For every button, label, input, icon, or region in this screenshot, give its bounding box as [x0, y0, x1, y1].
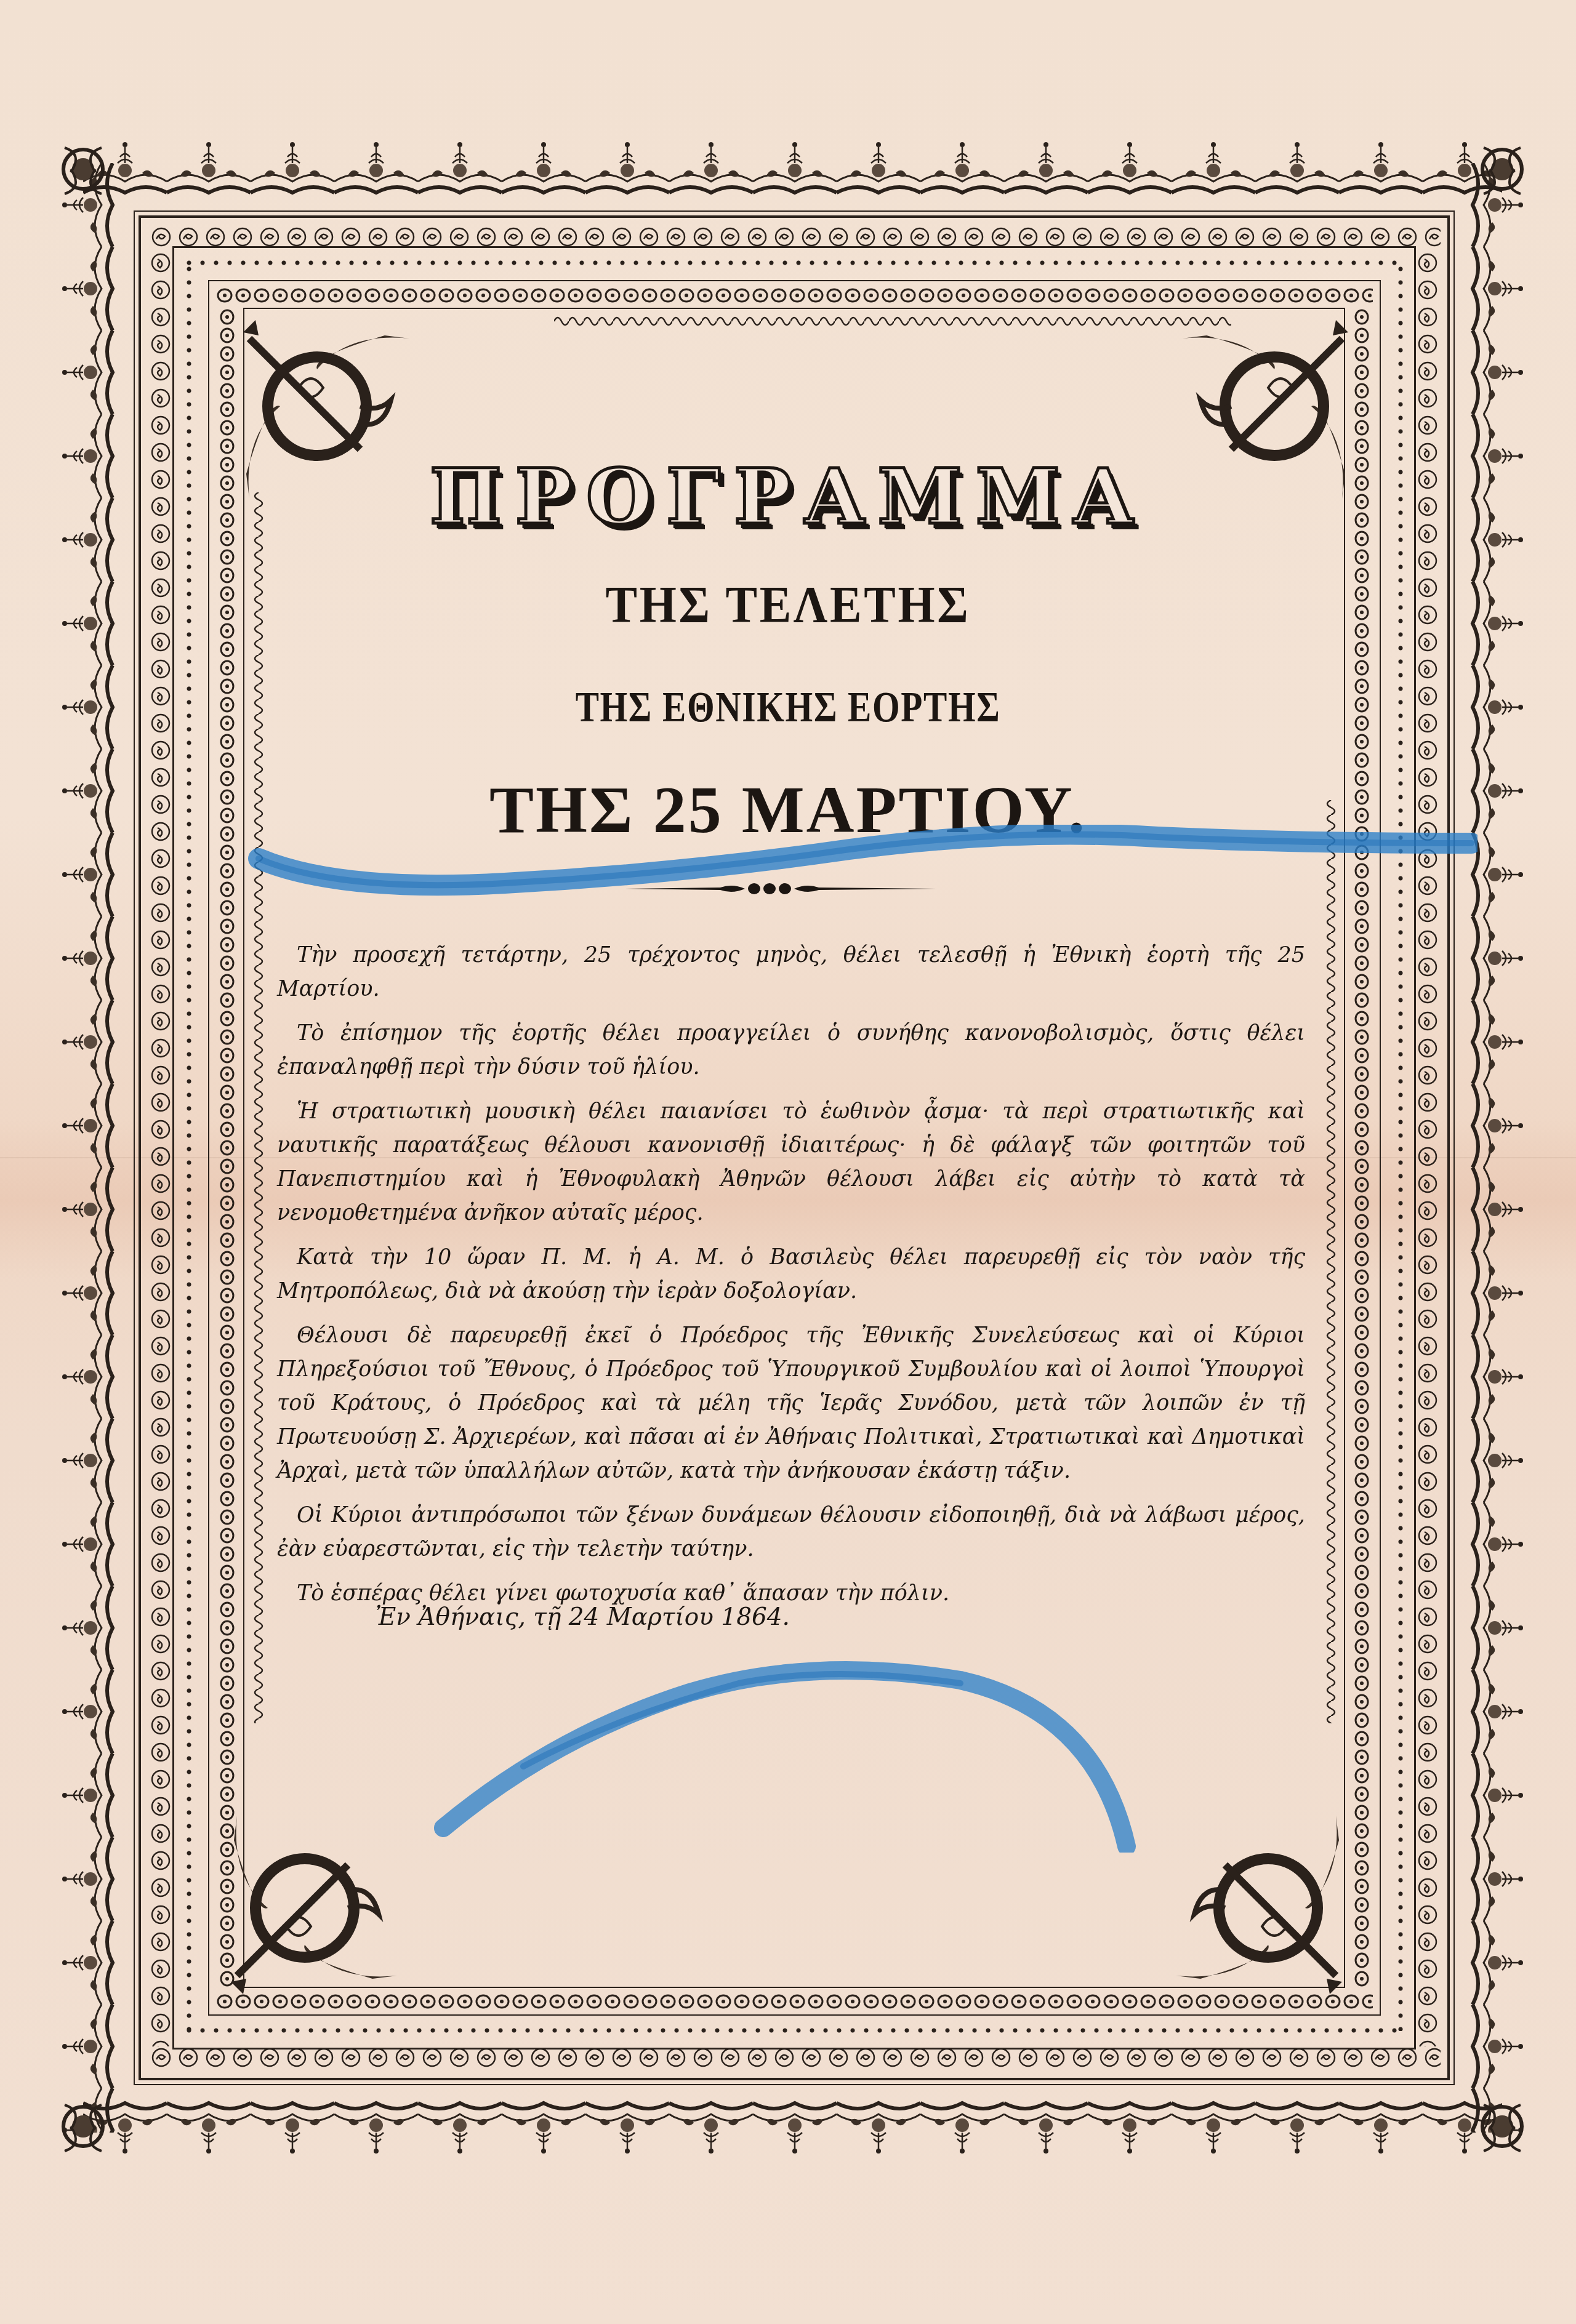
- ornamental-divider-icon: [622, 882, 936, 896]
- quiver-wreath-vignette-icon: [1151, 1791, 1361, 2000]
- subtitle-national-holiday: ΤΗΣ ΕΘΝΙΚΗΣ ΕΟΡΤΗΣ: [142, 683, 1434, 732]
- corner-rosette-icon: [52, 2093, 114, 2160]
- bead-band-top-icon: [215, 287, 1373, 304]
- wavy-line-left-icon: [251, 492, 266, 1723]
- paragraph-foreign-representatives: Οἱ Κύριοι ἀντιπρόσωποι τῶν ξένων δυνάμεω…: [277, 1499, 1305, 1566]
- paragraph-military-music: Ἡ στρατιωτικὴ μουσικὴ θέλει παιανίσει τὸ…: [277, 1095, 1305, 1230]
- document-title: ΠΡΟΓΡΑΜΜΑ: [0, 452, 1576, 542]
- paragraph-date: Τὴν προσεχῆ τετάρτην, 25 τρέχοντος μηνὸς…: [277, 939, 1305, 1006]
- dotted-chain-band-top: [185, 258, 1404, 267]
- paragraph-king-doxology: Κατὰ τὴν 10 ὥραν Π. Μ. ἡ Α. Μ. ὁ Βασιλεὺ…: [277, 1241, 1305, 1308]
- swirl-roundel-band-top-icon: [148, 226, 1441, 247]
- corner-rosette-icon: [1471, 2093, 1533, 2160]
- bead-band-left-icon: [219, 308, 236, 1988]
- subtitle-ceremony: ΤΗΣ ΤΕΛΕΤΗΣ: [63, 575, 1513, 635]
- corner-rosette-icon: [1471, 135, 1533, 203]
- swirl-roundel-band-bottom-icon: [148, 2047, 1441, 2068]
- paragraph-attendees: Θέλουσι δὲ παρευρεθῇ ἐκεῖ ὁ Πρόεδρος τῆς…: [277, 1319, 1305, 1488]
- paragraph-cannon-salute: Τὸ ἐπίσημον τῆς ἑορτῆς θέλει προαγγείλει…: [277, 1017, 1305, 1084]
- fleur-border-bottom-icon: [83, 2099, 1502, 2157]
- wavy-line-right-icon: [1324, 800, 1338, 1723]
- program-body: Τὴν προσεχῆ τετάρτην, 25 τρέχοντος μηνὸς…: [277, 939, 1305, 1621]
- quiver-wreath-vignette-icon: [212, 1791, 422, 2000]
- bead-band-right-icon: [1353, 308, 1370, 1988]
- place-and-date-signature: Ἐν Ἀθήναις, τῇ 24 Μαρτίου 1864.: [376, 1603, 790, 1631]
- wavy-line-top-icon: [554, 314, 1231, 329]
- fleur-border-top-icon: [83, 138, 1502, 197]
- dotted-chain-band-bottom: [185, 2026, 1404, 2035]
- subtitle-date: ΤΗΣ 25 ΜΑΡΤΙΟΥ.: [0, 772, 1576, 849]
- corner-rosette-icon: [52, 135, 114, 203]
